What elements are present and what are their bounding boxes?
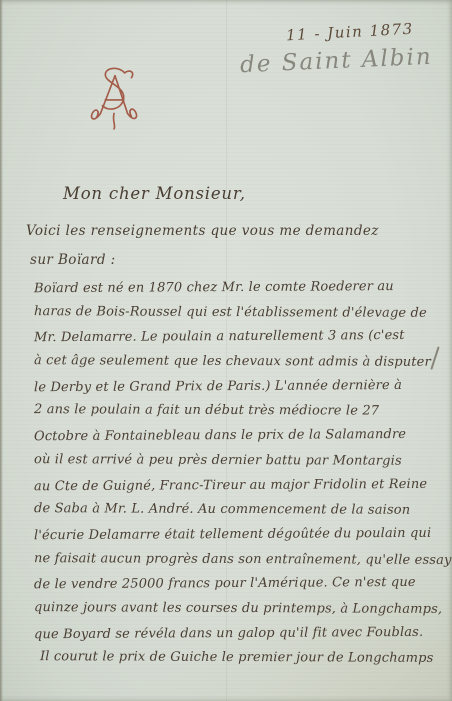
intro-line: sur Boïard : — [30, 252, 116, 268]
scanned-letter-page: 11 - Juin 1873 de Saint Albin Mon cher M… — [0, 0, 452, 701]
body-line: haras de Bois-Roussel qui est l'établiss… — [34, 300, 444, 326]
body-line: Octobre à Fontainebleau dans le prix de … — [34, 423, 444, 450]
letter-body: Boïard est né en 1870 chez Mr. le comte … — [34, 276, 444, 671]
body-line: au Cte de Guigné, Franc-Tireur au major … — [34, 472, 444, 499]
body-line: où il est arrivé à peu près dernier batt… — [34, 448, 444, 474]
scan-edge-left — [0, 0, 3, 701]
body-line: 2 ans le poulain a fait un début très mé… — [34, 399, 444, 425]
body-line: ne faisait aucun progrès dans son entraî… — [34, 547, 444, 573]
body-line: à cet âge seulement que les chevaux sont… — [34, 349, 444, 375]
body-line: que Boyard se révéla dans un galop qu'il… — [34, 620, 444, 647]
date-annotation: 11 - Juin 1873 — [286, 20, 415, 45]
salutation: Mon cher Monsieur, — [63, 184, 246, 203]
body-line: Il courut le prix de Guiche le premier j… — [34, 645, 444, 671]
body-line: de Saba à Mr. L. André. Au commencement … — [34, 497, 444, 523]
body-line: de le vendre 25000 francs pour l'Amériqu… — [34, 571, 444, 598]
body-line: Boïard est né en 1870 chez Mr. le comte … — [34, 275, 444, 302]
body-line: quinze jours avant les courses du printe… — [34, 596, 444, 622]
body-line: Mr. Delamarre. Le poulain a naturellemen… — [34, 324, 444, 351]
collector-pencil-annotation: de Saint Albin — [240, 44, 434, 78]
intro-line: Voici les renseignements que vous me dem… — [26, 223, 379, 239]
monogram-icon — [86, 63, 144, 137]
body-line: le Derby et le Grand Prix de Paris.) L'a… — [34, 373, 444, 400]
body-line: l'écurie Delamarre était tellement dégoû… — [34, 522, 444, 549]
